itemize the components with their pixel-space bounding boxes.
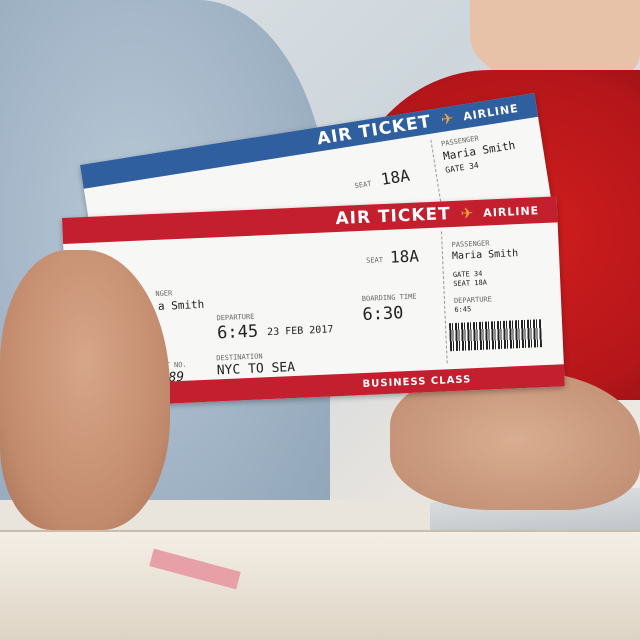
ticket-brand: AIRLINE: [483, 204, 539, 219]
airplane-icon: ✈: [460, 204, 473, 223]
stub-gate: GATE 34: [453, 270, 483, 279]
departure-date: 23 FEB 2017: [267, 324, 334, 338]
left-hand: [0, 250, 170, 530]
seat-value: 18A: [380, 166, 412, 189]
stub-passenger-value: Maria Smith: [452, 248, 519, 262]
stub-departure: 6:45: [454, 305, 471, 314]
passenger-partial-label: NGER: [155, 289, 172, 298]
boarding-label: BOARDING TIME: [362, 293, 417, 303]
stub-departure-label: DEPARTURE: [454, 295, 492, 305]
ticket-brand: AIRLINE: [462, 101, 519, 123]
stub-seat: SEAT 18A: [453, 279, 487, 288]
seat-label: SEAT: [354, 180, 372, 191]
boarding-time: 6:30: [362, 303, 404, 325]
departure-label: DEPARTURE: [216, 313, 254, 323]
passenger-partial-value: a Smith: [158, 298, 205, 313]
seat-label: SEAT: [366, 256, 383, 265]
notebook: [0, 530, 640, 640]
ticket-title: AIR TICKET: [316, 112, 433, 150]
departure-time: 6:45: [217, 322, 259, 344]
seat-value: 18A: [390, 246, 420, 266]
stub-passenger-label: PASSENGER: [451, 239, 489, 249]
gate-value: GATE 34: [445, 161, 480, 175]
ticket-title: AIR TICKET: [335, 204, 451, 229]
photo-background: AIR TICKET ✈ AIRLINE SEAT 18A PASSENGER …: [0, 0, 640, 640]
ticket-perforation: [441, 231, 448, 363]
stub-barcode: [449, 319, 542, 351]
airplane-icon: ✈: [440, 109, 455, 129]
